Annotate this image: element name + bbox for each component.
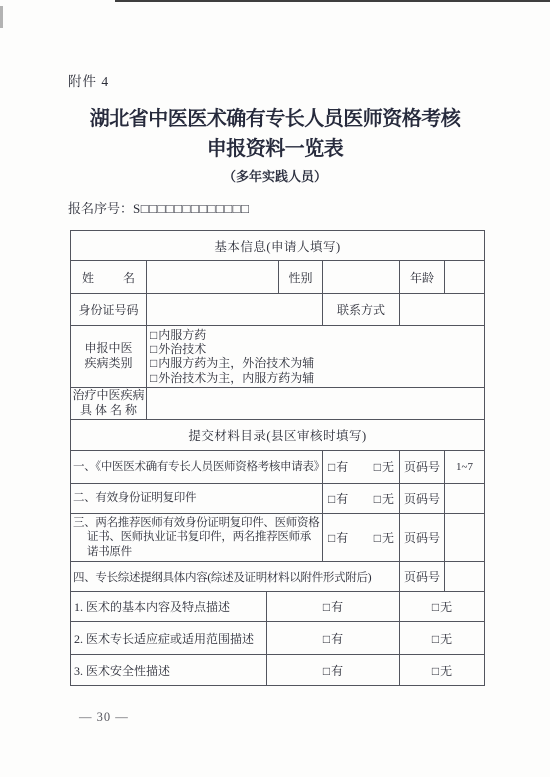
none-option: □无: [432, 632, 452, 646]
have-option: □有: [323, 600, 343, 614]
age-value-cell: [445, 261, 485, 294]
material-desc-cell: 四、专长综述提纲具体内容(综述及证明材料以附件形式附后): [71, 562, 400, 592]
none-option: □无: [432, 600, 452, 614]
material-desc-cell: 三、两名推荐医师有效身份证明复印件、医师资格证书、医师执业证书复印件，两名推荐医…: [71, 513, 323, 562]
disease-category-label-line1: 申报中医: [71, 341, 146, 356]
have-option: □有: [328, 529, 348, 546]
checkbox-icon: □: [323, 664, 330, 679]
application-materials-table: 基本信息(申请人填写) 姓 名 性别 年龄 身份证号码 联系方式: [70, 230, 485, 686]
sub-item-desc-cell: 1. 医术的基本内容及特点描述: [71, 592, 267, 622]
checkbox-icon: □: [150, 356, 157, 370]
checkbox-icon: □: [374, 492, 381, 507]
attachment-label: 附件 4: [68, 70, 109, 90]
material-row-1: 一、《中医医术确有专长人员医师资格考核申请表》 □有 □无 页码号 1~7: [71, 450, 485, 483]
gender-label-cell: 性别: [279, 261, 323, 294]
document-title-line2: 申报资料一览表: [0, 134, 550, 164]
have-option: □有: [328, 490, 348, 507]
serial-number-boxes: S□□□□□□□□□□□□□: [133, 201, 249, 216]
category-option: □内服方药为主，外治技术为辅: [150, 356, 482, 370]
none-option: □无: [374, 490, 394, 507]
checkbox-icon: □: [150, 342, 157, 356]
checkbox-icon: □: [374, 531, 381, 546]
none-label: 无: [382, 492, 394, 506]
serial-number-label: 报名序号：: [68, 201, 133, 216]
none-label: 无: [440, 664, 452, 678]
name-gender-age-row: 姓 名 性别 年龄: [71, 261, 485, 294]
have-label: 有: [336, 460, 348, 474]
sub-item-none-cell: □无: [400, 622, 485, 655]
disease-category-row: 申报中医 疾病类别 □内服方药 □外治技术 □内服方药为主，外治技术为辅 □外治…: [71, 326, 485, 388]
material-desc-cell: 一、《中医医术确有专长人员医师资格考核申请表》: [71, 450, 323, 483]
have-label: 有: [336, 492, 348, 506]
have-option: □有: [328, 458, 348, 475]
scan-artifact-top-line: [115, 0, 550, 2]
sub-item-row-1: 1. 医术的基本内容及特点描述 □有 □无: [71, 592, 485, 622]
disease-name-row: 治疗中医疾病 具 体 名 称: [71, 387, 485, 419]
material-have-none-cell: □有 □无: [323, 513, 400, 562]
have-option: □有: [323, 664, 343, 678]
material-desc-cell: 二、有效身份证明复印件: [71, 483, 323, 513]
sub-item-none-cell: □无: [400, 655, 485, 686]
document-subtitle: （多年实践人员）: [0, 166, 550, 185]
category-option: □内服方药: [150, 328, 482, 342]
material-row-4: 四、专长综述提纲具体内容(综述及证明材料以附件形式附后) 页码号: [71, 562, 485, 592]
checkbox-icon: □: [323, 632, 330, 647]
none-label: 无: [440, 600, 452, 614]
sub-item-row-3: 3. 医术安全性描述 □有 □无: [71, 655, 485, 686]
none-option: □无: [432, 664, 452, 678]
disease-name-label-cell: 治疗中医疾病 具 体 名 称: [71, 387, 147, 419]
page-number: — 30 —: [79, 710, 129, 725]
document-title: 湖北省中医医术确有专长人员医师资格考核 申报资料一览表: [0, 104, 550, 164]
material-row-2: 二、有效身份证明复印件 □有 □无 页码号: [71, 483, 485, 513]
sub-item-none-cell: □无: [400, 592, 485, 622]
sub-item-have-cell: □有: [267, 592, 400, 622]
page-number-value-cell: [445, 562, 485, 592]
name-value-cell: [147, 261, 279, 294]
have-label: 有: [331, 632, 343, 646]
checkbox-icon: □: [150, 328, 157, 342]
document-title-line1: 湖北省中医医术确有专长人员医师资格考核: [0, 104, 550, 134]
contact-label-cell: 联系方式: [323, 294, 400, 326]
checkbox-icon: □: [432, 632, 439, 647]
page-number-value-cell: [445, 483, 485, 513]
disease-category-options-cell: □内服方药 □外治技术 □内服方药为主，外治技术为辅 □外治技术为主，内服方药为…: [147, 326, 485, 388]
sub-item-have-cell: □有: [267, 655, 400, 686]
have-option: □有: [323, 632, 343, 646]
document-page: 附件 4 湖北省中医医术确有专长人员医师资格考核 申报资料一览表 （多年实践人员…: [0, 0, 550, 777]
page-number-label-cell: 页码号: [400, 562, 445, 592]
material-desc: 三、两名推荐医师有效身份证明复印件、医师资格证书、医师执业证书复印件，两名推荐医…: [71, 514, 322, 562]
section-header-row-basic-info: 基本信息(申请人填写): [71, 231, 485, 261]
sub-item-desc: 1. 医术的基本内容及特点描述: [71, 598, 266, 615]
sub-item-desc: 2. 医术专长适应症或适用范围描述: [71, 630, 266, 647]
material-have-none-cell: □有 □无: [323, 450, 400, 483]
name-label-cell: 姓 名: [71, 261, 147, 294]
section-header-row-materials: 提交材料目录(县区审核时填写): [71, 419, 485, 450]
material-desc: 四、专长综述提纲具体内容(综述及证明材料以附件形式附后): [71, 567, 399, 587]
page-number-value-cell: 1~7: [445, 450, 485, 483]
sub-item-row-2: 2. 医术专长适应症或适用范围描述 □有 □无: [71, 622, 485, 655]
page-number-value-cell: [445, 513, 485, 562]
disease-name-value-cell: [147, 387, 485, 419]
category-option-label: 内服方药: [158, 328, 206, 342]
sub-item-desc-cell: 3. 医术安全性描述: [71, 655, 267, 686]
category-option-label: 内服方药为主，外治技术为辅: [158, 356, 314, 370]
sub-item-have-cell: □有: [267, 622, 400, 655]
checkbox-icon: □: [150, 371, 157, 385]
checkbox-icon: □: [323, 600, 330, 615]
have-label: 有: [331, 600, 343, 614]
none-label: 无: [382, 531, 394, 545]
name-label-char1: 姓: [82, 269, 94, 286]
page-number-label-cell: 页码号: [400, 513, 445, 562]
none-label: 无: [382, 460, 394, 474]
none-label: 无: [440, 632, 452, 646]
checkbox-icon: □: [432, 600, 439, 615]
none-option: □无: [374, 458, 394, 475]
page-number-label-cell: 页码号: [400, 483, 445, 513]
basic-info-section-header: 基本信息(申请人填写): [71, 231, 485, 261]
category-option: □外治技术为主，内服方药为辅: [150, 371, 482, 385]
checkbox-icon: □: [374, 460, 381, 475]
checkbox-icon: □: [328, 531, 335, 546]
category-option: □外治技术: [150, 342, 482, 356]
checkbox-icon: □: [432, 664, 439, 679]
sub-item-desc-cell: 2. 医术专长适应症或适用范围描述: [71, 622, 267, 655]
contact-value-cell: [400, 294, 485, 326]
id-number-value-cell: [147, 294, 323, 326]
category-option-label: 外治技术: [158, 342, 206, 356]
none-option: □无: [374, 529, 394, 546]
material-row-3: 三、两名推荐医师有效身份证明复印件、医师资格证书、医师执业证书复印件，两名推荐医…: [71, 513, 485, 562]
name-label-char2: 名: [123, 269, 135, 286]
material-have-none-cell: □有 □无: [323, 483, 400, 513]
materials-section-header: 提交材料目录(县区审核时填写): [71, 419, 485, 450]
disease-name-label-line1: 治疗中医疾病: [71, 388, 146, 403]
scan-artifact-left-mark: [0, 6, 3, 28]
material-desc: 一、《中医医术确有专长人员医师资格考核申请表》: [71, 458, 322, 477]
disease-category-label-cell: 申报中医 疾病类别: [71, 326, 147, 388]
category-option-label: 外治技术为主，内服方药为辅: [158, 371, 314, 385]
checkbox-icon: □: [328, 492, 335, 507]
sub-item-desc: 3. 医术安全性描述: [71, 662, 266, 679]
have-label: 有: [331, 664, 343, 678]
page-number-label-cell: 页码号: [400, 450, 445, 483]
id-contact-row: 身份证号码 联系方式: [71, 294, 485, 326]
age-label-cell: 年龄: [400, 261, 445, 294]
material-desc: 二、有效身份证明复印件: [71, 489, 322, 508]
serial-number-line: 报名序号：S□□□□□□□□□□□□□: [68, 198, 249, 217]
disease-name-label-line2: 具 体 名 称: [71, 403, 146, 418]
disease-category-label-line2: 疾病类别: [71, 356, 146, 371]
checkbox-icon: □: [328, 460, 335, 475]
id-number-label-cell: 身份证号码: [71, 294, 147, 326]
gender-value-cell: [323, 261, 400, 294]
have-label: 有: [336, 531, 348, 545]
